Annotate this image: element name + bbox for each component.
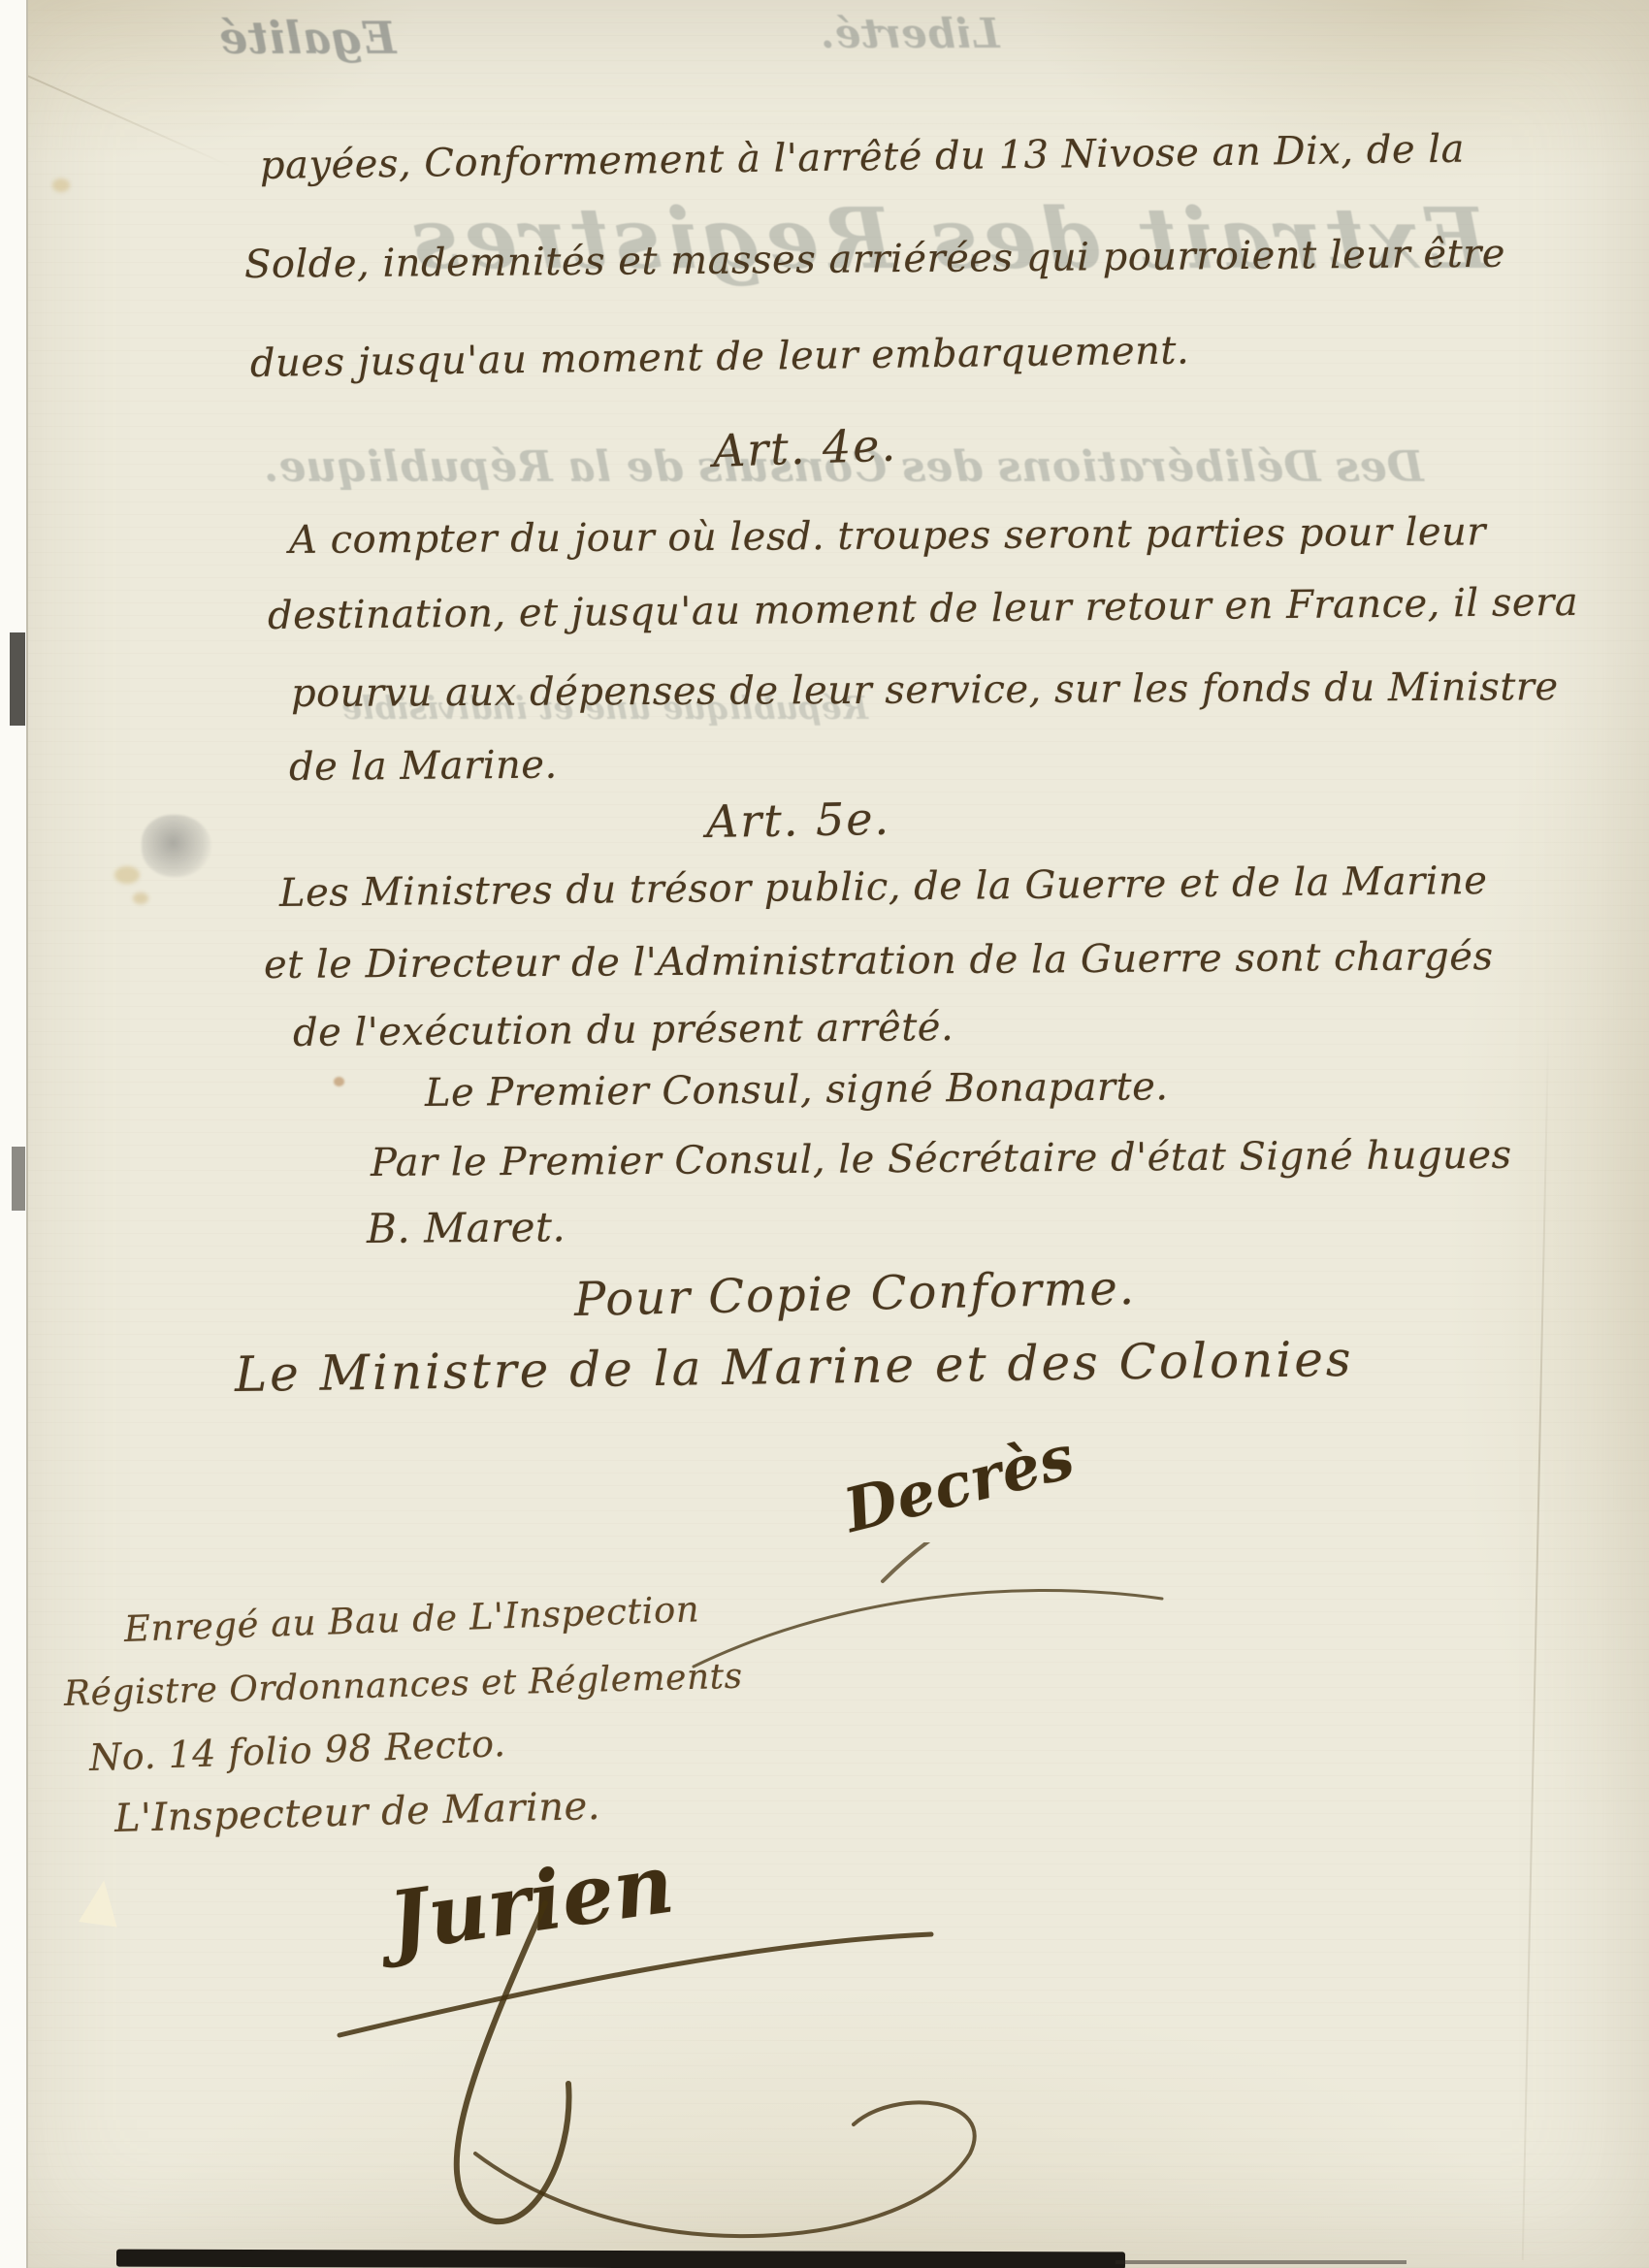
fox-spot bbox=[52, 178, 70, 192]
article-heading: Art. 4e. bbox=[712, 418, 898, 477]
manuscript-line: pourvu aux dépenses de leur service, sur… bbox=[291, 664, 1559, 716]
manuscript-line: Par le Premier Consul, le Sécrétaire d'é… bbox=[371, 1133, 1512, 1185]
scan-margin-mark bbox=[10, 632, 25, 726]
paper-fold bbox=[79, 1877, 123, 1927]
manuscript-line: de la Marine. bbox=[289, 743, 558, 790]
scanned-document: Egalité Liberté. Extrait des Registres D… bbox=[0, 0, 1649, 2268]
fox-spot bbox=[133, 892, 148, 904]
bleedthrough-word-egalite: Egalité bbox=[219, 12, 397, 64]
manuscript-line: de l'exécution du présent arrêté. bbox=[293, 1005, 954, 1055]
fox-spot bbox=[114, 866, 140, 884]
manuscript-line: et le Directeur de l'Administration de l… bbox=[264, 934, 1494, 988]
manuscript-line: Le Premier Consul, signé Bonaparte. bbox=[425, 1064, 1169, 1116]
bleedthrough-word-liberte: Liberté. bbox=[821, 10, 999, 57]
article-heading: Art. 5e. bbox=[706, 793, 891, 848]
scan-margin-left bbox=[0, 0, 28, 2268]
signature-flourish bbox=[233, 1833, 1106, 2251]
fox-spot bbox=[334, 1077, 344, 1086]
ink-stain bbox=[142, 815, 211, 877]
manuscript-line: B. Maret. bbox=[367, 1203, 566, 1252]
scanner-edge-bar bbox=[116, 2250, 1125, 2268]
scan-margin-mark bbox=[12, 1147, 25, 1211]
signature-flourish bbox=[679, 1542, 1183, 1688]
manuscript-line: A compter du jour où lesd. troupes seron… bbox=[289, 509, 1486, 563]
scanner-edge-line bbox=[1115, 2260, 1406, 2264]
